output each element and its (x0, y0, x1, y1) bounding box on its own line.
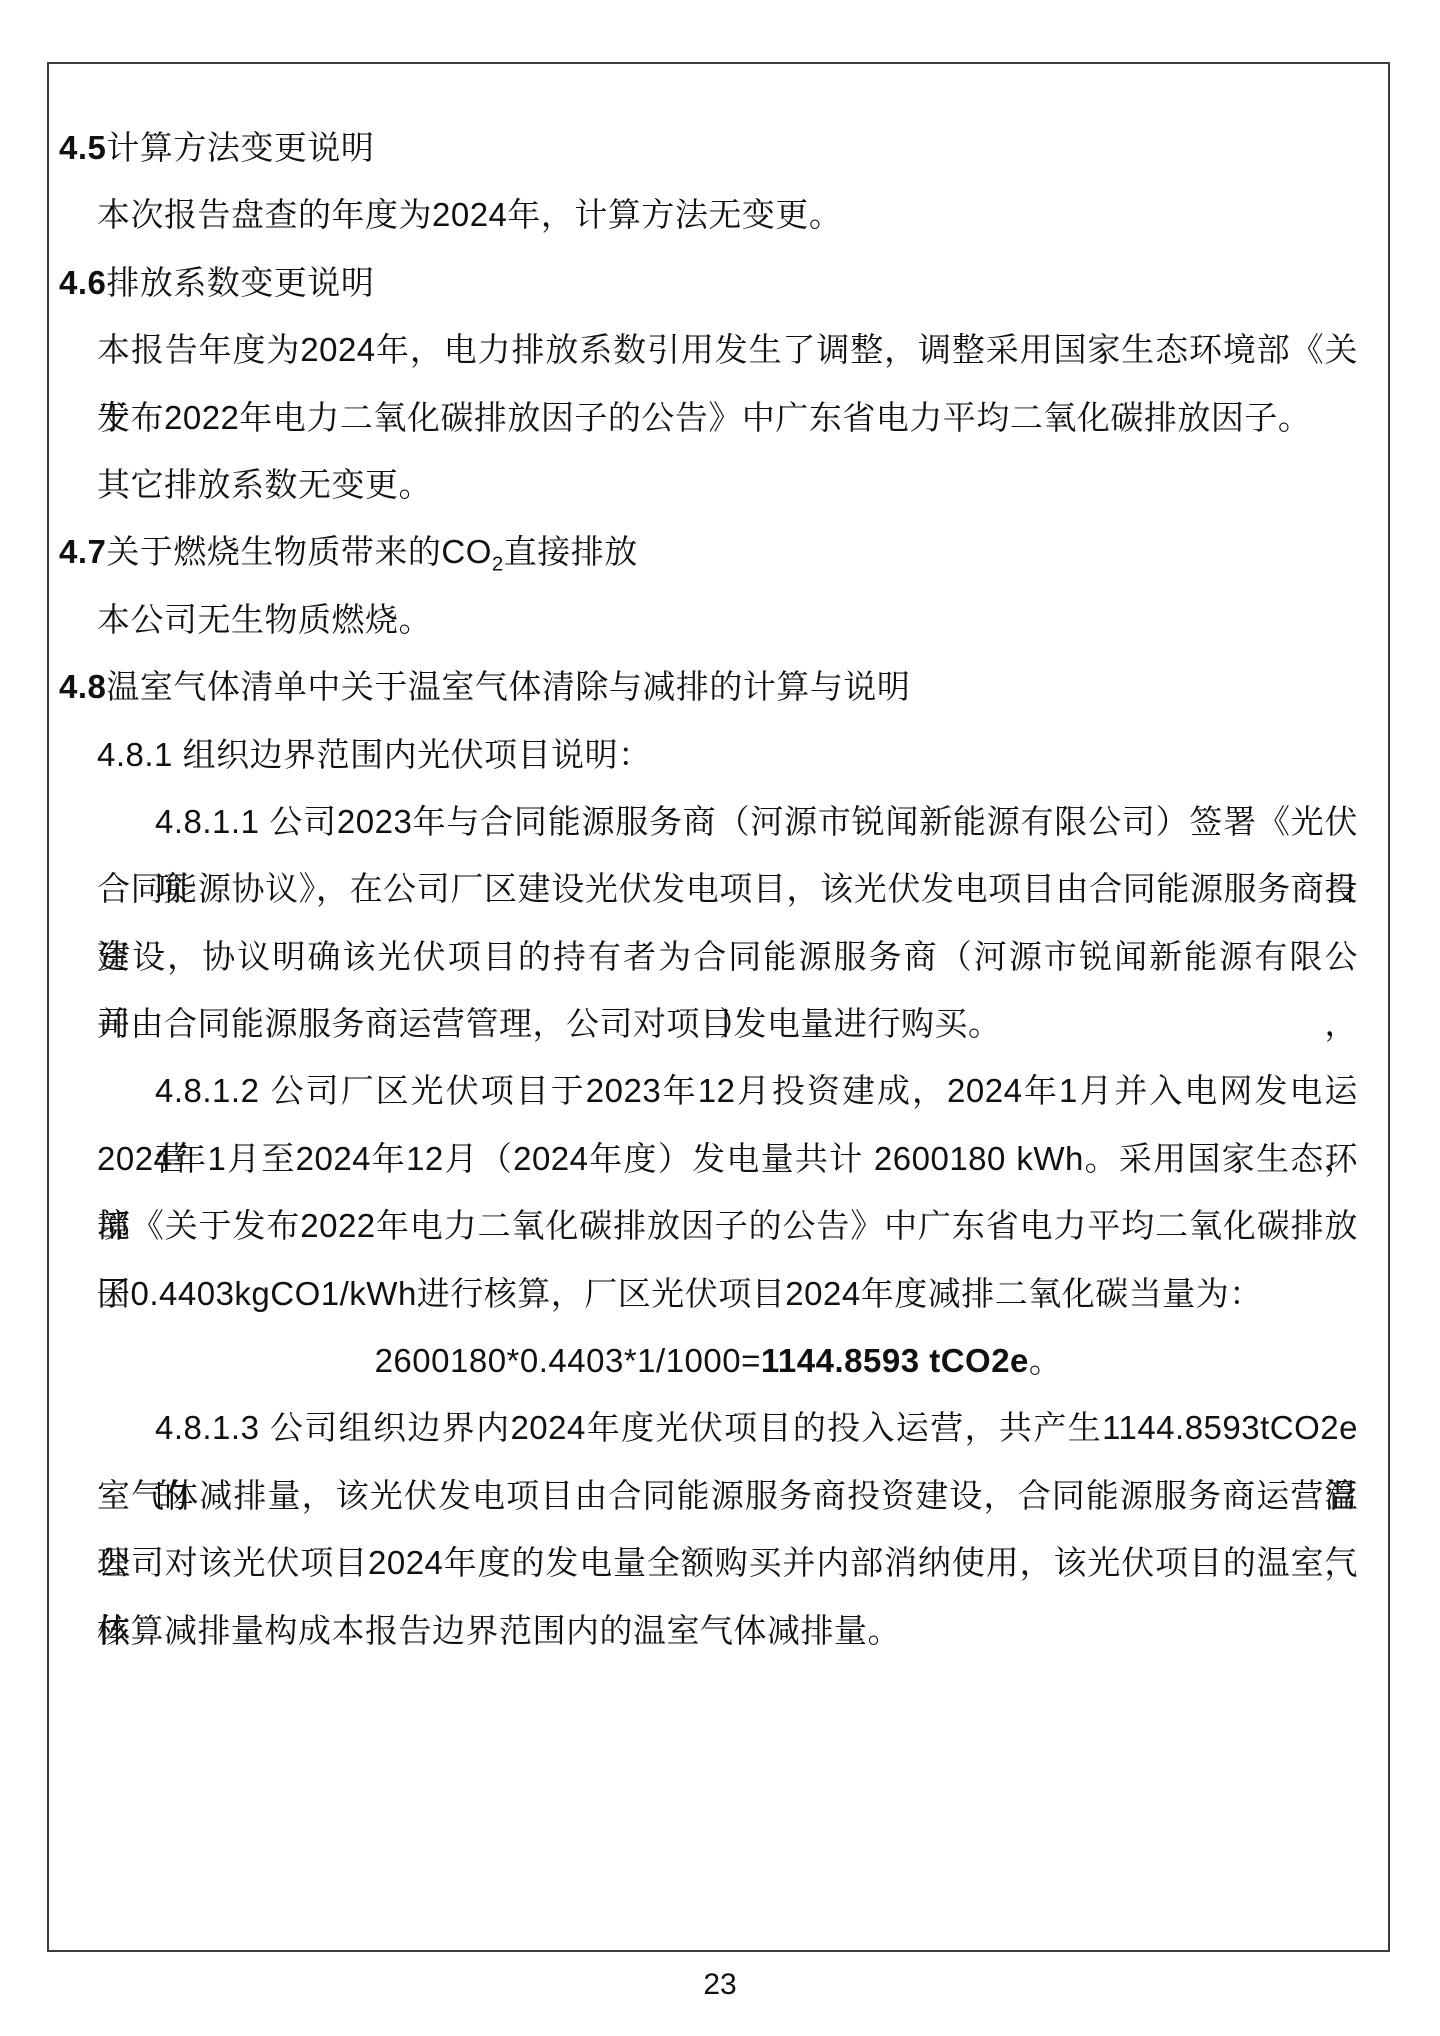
para-4-8-1-2-line-2: 2024年1月至2024年12月（2024年度）发电量共计 2600180 kW… (49, 1125, 1388, 1192)
para-4-8-1-3-line-3: 公司对该光伏项目2024年度的发电量全额购买并内部消纳使用，该光伏项目的温室气体 (49, 1529, 1388, 1596)
para-4-8-1-3-line-4: 核算减排量构成本报告边界范围内的温室气体减排量。 (49, 1597, 1388, 1664)
para-4-8-1-1-line-1: 4.8.1.1 公司2023年与合同能源服务商（河源市锐闻新能源有限公司）签署《… (49, 788, 1388, 855)
heading-4-6: 4.6排放系数变更说明 (49, 249, 1388, 316)
para-4-8-1-1-line-2: 合同能源协议》，在公司厂区建设光伏发电项目，该光伏发电项目由合同能源服务商投资 (49, 855, 1388, 922)
heading-4-8: 4.8温室气体清单中关于温室气体清除与减排的计算与说明 (49, 653, 1388, 720)
para-4-8-1-3-line-1: 4.8.1.3 公司组织边界内2024年度光伏项目的投入运营，共产生1144.8… (49, 1394, 1388, 1461)
para-4-6-line-1: 本报告年度为2024年，电力排放系数引用发生了调整，调整采用国家生态环境部《关于 (49, 316, 1388, 383)
heading-4-8-1: 4.8.1 组织边界范围内光伏项目说明： (49, 721, 1388, 788)
para-4-7-line-1: 本公司无生物质燃烧。 (49, 586, 1388, 653)
para-4-8-1-2-line-3: 部《关于发布2022年电力二氧化碳排放因子的公告》中广东省电力平均二氧化碳排放因 (49, 1192, 1388, 1259)
para-4-6-line-2: 发布2022年电力二氧化碳排放因子的公告》中广东省电力平均二氧化碳排放因子。 (49, 384, 1388, 451)
para-4-8-1-2-line-4: 子0.4403kgCO1/kWh进行核算，厂区光伏项目2024年度减排二氧化碳当… (49, 1260, 1388, 1327)
heading-4-5: 4.5计算方法变更说明 (49, 114, 1388, 181)
formula-line: 2600180*0.4403*1/1000=1144.8593 tCO2e。 (49, 1327, 1388, 1394)
para-4-8-1-1-line-3: 建设，协议明确该光伏项目的持有者为合同能源服务商（河源市锐闻新能源有限公司）， (49, 923, 1388, 990)
para-4-6-line-3: 其它排放系数无变更。 (49, 451, 1388, 518)
heading-4-7: 4.7关于燃烧生物质带来的CO2直接排放 (49, 518, 1388, 585)
para-4-8-1-2-line-1: 4.8.1.2 公司厂区光伏项目于2023年12月投资建成，2024年1月并入电… (49, 1057, 1388, 1124)
document-lines: 4.5计算方法变更说明本次报告盘查的年度为2024年，计算方法无变更。4.6排放… (49, 114, 1388, 1664)
report-page: 4.5计算方法变更说明本次报告盘查的年度为2024年，计算方法无变更。4.6排放… (0, 0, 1440, 2036)
page-number: 23 (0, 1968, 1440, 2002)
para-4-8-1-3-line-2: 室气体减排量，该光伏发电项目由合同能源服务商投资建设，合同能源服务商运营管理， (49, 1462, 1388, 1529)
para-4-5-line-1: 本次报告盘查的年度为2024年，计算方法无变更。 (49, 181, 1388, 248)
document-content-border: 4.5计算方法变更说明本次报告盘查的年度为2024年，计算方法无变更。4.6排放… (47, 62, 1390, 1952)
